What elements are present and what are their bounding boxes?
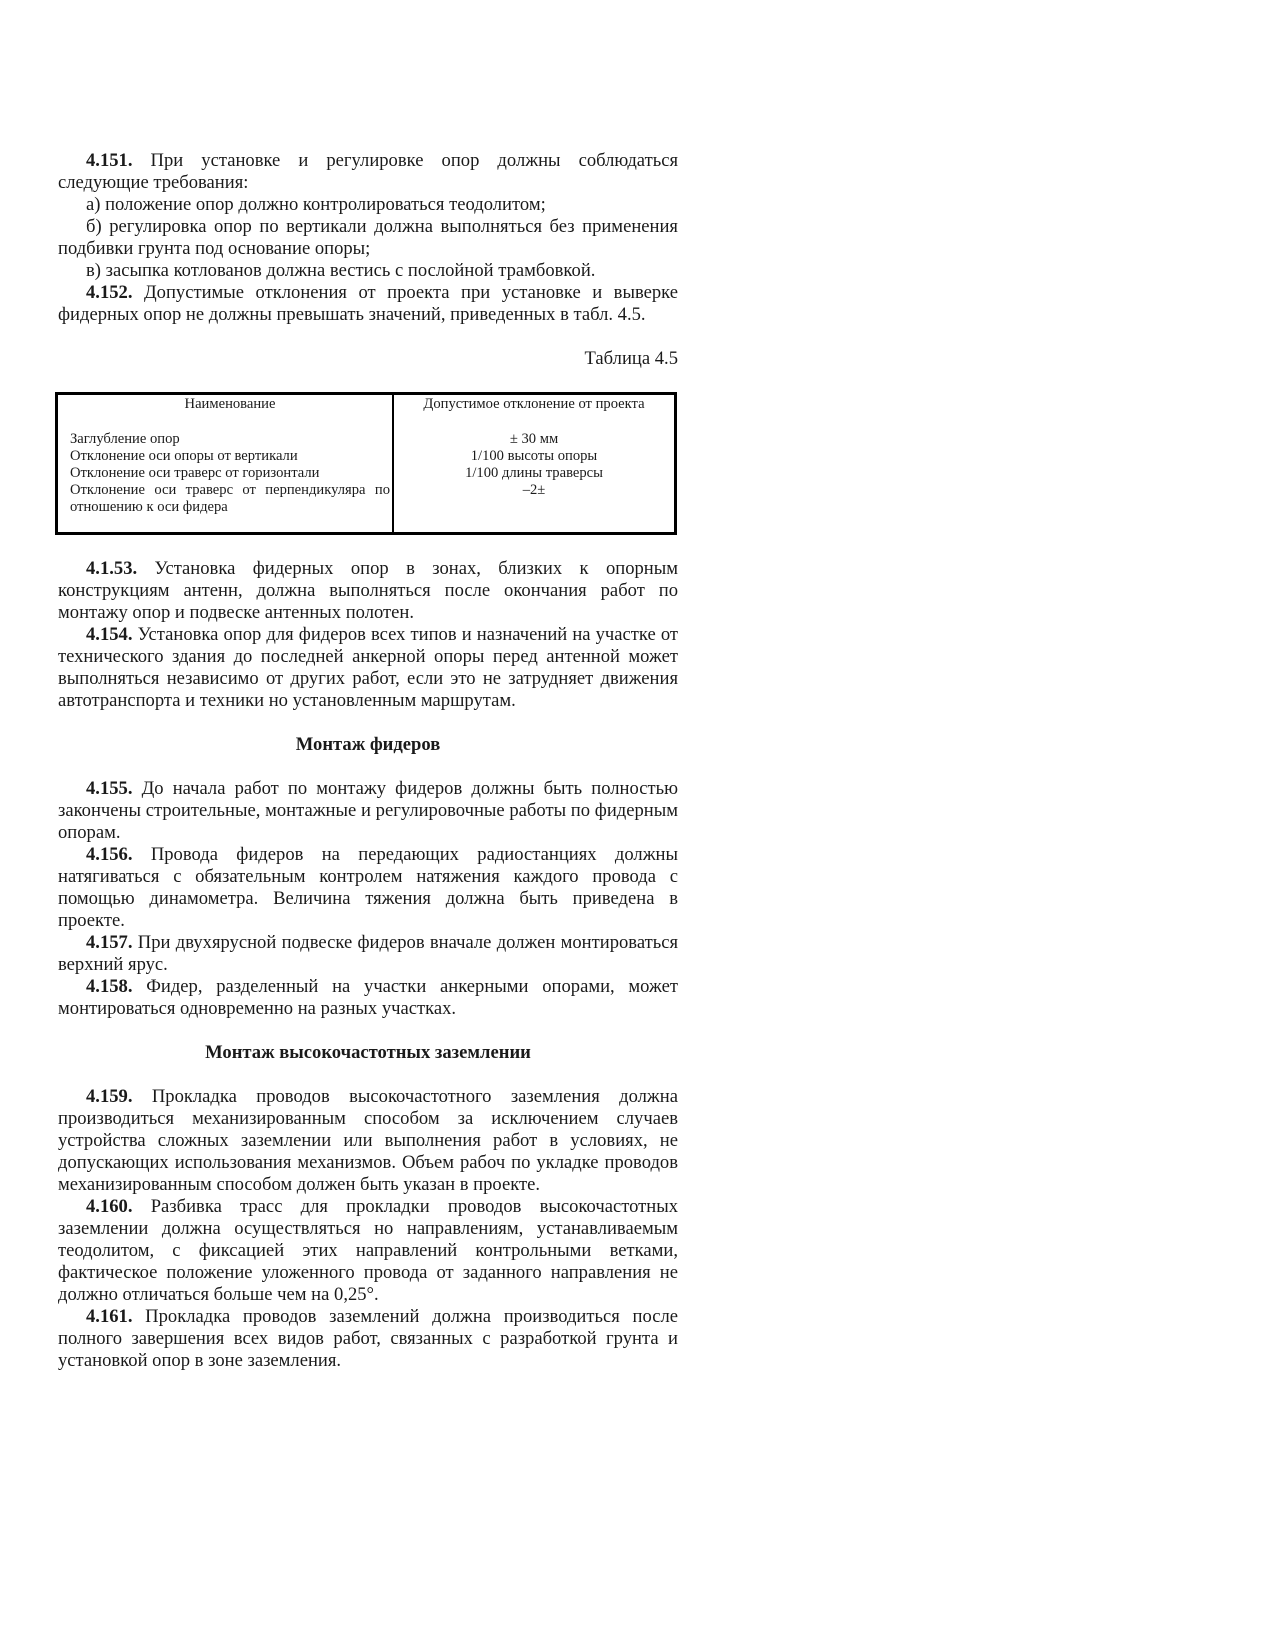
clause-number: 4.154. — [86, 624, 132, 645]
paragraph-4-159: 4.159. Прокладка проводов высокочастотно… — [58, 1086, 678, 1196]
paragraph-4-161: 4.161. Прокладка проводов заземлений дол… — [58, 1306, 678, 1372]
clause-text: До начала работ по монтажу фидеров должн… — [58, 778, 678, 843]
table-cell-value: –2± — [394, 482, 674, 499]
table-caption: Таблица 4.5 — [58, 348, 678, 370]
clause-number: 4.161. — [86, 1306, 132, 1327]
clause-text: в) засыпка котлованов должна вестись с п… — [86, 260, 595, 281]
clause-text: Фидер, разделенный на участки анкерными … — [58, 976, 678, 1019]
table-column-name: Наименование Заглубление опор Отклонение… — [58, 395, 394, 532]
paragraph-4-158: 4.158. Фидер, разделенный на участки анк… — [58, 976, 678, 1020]
paragraphs-top: 4.151. При установке и регулировке опор … — [58, 150, 678, 326]
table-cell-name: Отклонение оси опоры от вертикали — [70, 448, 390, 465]
paragraph-4-160: 4.160. Разбивка трасс для прокладки пров… — [58, 1196, 678, 1306]
clause-text: Разбивка трасс для прокладки проводов вы… — [58, 1196, 678, 1305]
clause-text: При двухярусной подвеске фидеров вначале… — [58, 932, 678, 975]
clause-text: б) регулировка опор по вертикали должна … — [58, 216, 678, 259]
clause-text: а) положение опор должно контролироватьс… — [86, 194, 546, 215]
table-column-deviation: Допустимое отклонение от проекта ± 30 мм… — [394, 395, 674, 532]
clause-number: 4.152. — [86, 282, 132, 303]
section-heading-grounding: Монтаж высокочастотных заземлении — [58, 1042, 678, 1064]
clause-text: Допустимые отклонения от проекта при уст… — [58, 282, 678, 325]
paragraph-4-151: 4.151. При установке и регулировке опор … — [58, 150, 678, 194]
clause-text: Прокладка проводов заземлений должна про… — [58, 1306, 678, 1371]
paragraphs-mid: 4.1.53. Установка фидерных опор в зонах,… — [58, 558, 678, 712]
paragraph-4-156: 4.156. Провода фидеров на передающих рад… — [58, 844, 678, 932]
clause-number: 4.159. — [86, 1086, 132, 1107]
table-cell-value: 1/100 высоты опоры — [394, 448, 674, 465]
clause-number: 4.1.53. — [86, 558, 137, 579]
document-page: 4.151. При установке и регулировке опор … — [58, 150, 678, 1372]
section-heading-feeders: Монтаж фидеров — [58, 734, 678, 756]
section-grounding: 4.159. Прокладка проводов высокочастотно… — [58, 1086, 678, 1372]
table-header-name: Наименование — [70, 395, 390, 431]
paragraph-4-153: 4.1.53. Установка фидерных опор в зонах,… — [58, 558, 678, 624]
clause-text: Провода фидеров на передающих радиостанц… — [58, 844, 678, 931]
paragraph-4-155: 4.155. До начала работ по монтажу фидеро… — [58, 778, 678, 844]
deviation-table: Наименование Заглубление опор Отклонение… — [55, 392, 677, 535]
clause-number: 4.158. — [86, 976, 132, 997]
clause-number: 4.156. — [86, 844, 132, 865]
clause-number: 4.155. — [86, 778, 132, 799]
table-cell-name: Отклонение оси траверс от горизонтали — [70, 465, 390, 482]
table-header-deviation: Допустимое отклонение от проекта — [394, 395, 674, 431]
paragraph-4-152: 4.152. Допустимые отклонения от проекта … — [58, 282, 678, 326]
table-cell-value: 1/100 длины траверсы — [394, 465, 674, 482]
clause-number: 4.160. — [86, 1196, 132, 1217]
paragraph-item-b: б) регулировка опор по вертикали должна … — [58, 216, 678, 260]
clause-text: При установке и регулировке опор должны … — [58, 150, 678, 193]
paragraph-4-154: 4.154. Установка опор для фидеров всех т… — [58, 624, 678, 712]
clause-number: 4.157. — [86, 932, 132, 953]
clause-text: Прокладка проводов высокочастотного зазе… — [58, 1086, 678, 1195]
paragraph-item-a: а) положение опор должно контролироватьс… — [58, 194, 678, 216]
clause-text: Установка опор для фидеров всех типов и … — [58, 624, 678, 711]
paragraph-4-157: 4.157. При двухярусной подвеске фидеров … — [58, 932, 678, 976]
table-cell-value: ± 30 мм — [394, 431, 674, 448]
clause-number: 4.151. — [86, 150, 132, 171]
table-cell-name: Отклонение оси траверс от перпендикуляра… — [70, 482, 390, 516]
table-cell-name: Заглубление опор — [70, 431, 390, 448]
paragraph-item-v: в) засыпка котлованов должна вестись с п… — [58, 260, 678, 282]
section-feeders: 4.155. До начала работ по монтажу фидеро… — [58, 778, 678, 1020]
clause-text: Установка фидерных опор в зонах, близких… — [58, 558, 678, 623]
